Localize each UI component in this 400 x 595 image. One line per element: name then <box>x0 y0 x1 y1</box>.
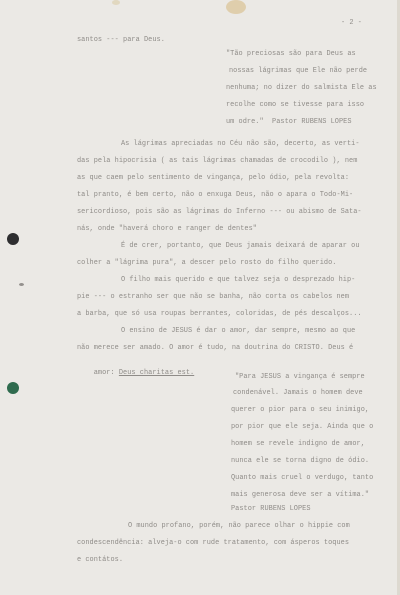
text-line: amor: Deus charitas est. <box>77 361 194 385</box>
text-line: tal pranto, é bem certo, não o enxuga De… <box>77 191 353 199</box>
text-line: a barba, que só usa roupas berrantes, co… <box>77 310 362 318</box>
quote-attribution: Pastor RUBENS LOPES <box>231 505 311 513</box>
text-line: não merece ser amado. O amor é tudo, na … <box>77 344 353 352</box>
quote-line: querer o pior para o seu inimigo, <box>231 406 369 414</box>
quote-line: "Para JESUS a vingança é sempre <box>235 373 365 381</box>
underlined-latin-phrase: Deus charitas est. <box>119 369 194 377</box>
page-number: - 2 - <box>341 19 362 27</box>
punch-hole <box>7 382 19 394</box>
text-line: O filho mais querido e que talvez seja o… <box>121 276 355 284</box>
text-line: as que caem pelo sentimento de vingança,… <box>77 174 349 182</box>
text-line: das pela hipocrisia ( as tais lágrimas c… <box>77 157 357 165</box>
text-line: e contátos. <box>77 556 123 564</box>
quote-line: Quanto mais cruel o verdugo, tanto <box>231 474 373 482</box>
text-fragment: amor: <box>94 369 119 377</box>
text-line: As lágrimas apreciadas no Céu não são, d… <box>121 140 360 148</box>
text-line: nás, onde "haverá choro e ranger de dent… <box>77 225 257 233</box>
quote-line: por pior que ele seja. Ainda que o <box>231 423 373 431</box>
quote-line: nunca ele se torna digno de ódio. <box>231 457 369 465</box>
text-line: sericordioso, pois são as lágrimas do In… <box>77 208 362 216</box>
punch-hole <box>7 233 19 245</box>
quote-line: nossas lágrimas que Ele não perde <box>229 67 367 75</box>
text-line: É de crer, portanto, que Deus jamais dei… <box>121 242 360 250</box>
quote-line: "Tão preciosas são para Deus as <box>226 50 356 58</box>
text-line: O ensino de JESUS é dar o amor, dar semp… <box>121 327 355 335</box>
text-line: colher a "lágrima pura", a descer pelo r… <box>77 259 336 267</box>
text-line: condescendência: alveja-o com rude trata… <box>77 539 349 547</box>
typewritten-page: - 2 - santos --- para Deus. "Tão precios… <box>0 0 400 595</box>
quote-line: nenhuma; no dizer do salmista Ele as <box>226 84 377 92</box>
quote-line: mais generosa deve ser a vítima." <box>231 491 369 499</box>
paper-stain <box>226 0 246 14</box>
quote-line: recolhe como se tivesse para isso <box>226 101 364 109</box>
quote-attribution: um odre." Pastor RUBENS LOPES <box>226 118 352 126</box>
quote-line: condenável. Jamais o homem deve <box>233 389 363 397</box>
text-line: santos --- para Deus. <box>77 36 165 44</box>
paper-stain <box>112 0 120 5</box>
text-line: pie --- o estranho ser que não se banha,… <box>77 293 349 301</box>
text-line: O mundo profano, porém, não parece olhar… <box>128 522 350 530</box>
quote-line: homem se revele indigno de amor, <box>231 440 365 448</box>
punch-hole-mark <box>19 283 24 286</box>
